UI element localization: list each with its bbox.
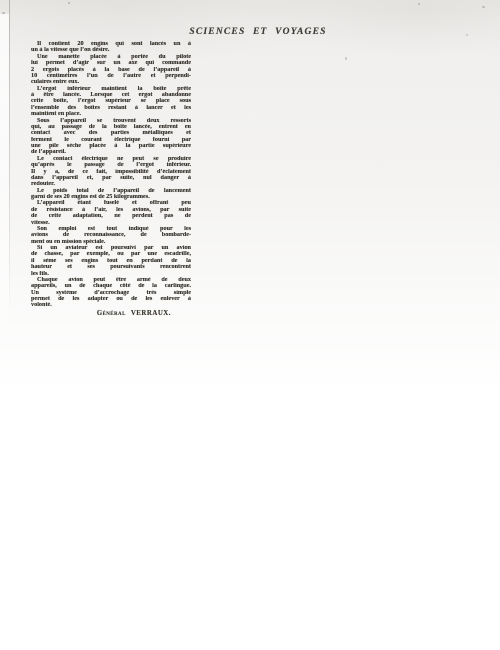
paragraph: L’appareil étant fuselé et offrant peude… bbox=[31, 200, 191, 226]
scanned-page: SCIENCES ET VOYAGES Il contient 20 engin… bbox=[0, 0, 500, 650]
paragraph: Le contact électrique ne peut se produir… bbox=[31, 156, 191, 188]
paper-speck bbox=[68, 2, 70, 4]
scan-margin bbox=[0, 14, 9, 344]
article-body: Il contient 20 engins qui sont lancés un… bbox=[31, 41, 191, 309]
signature-name: VERRAUX. bbox=[131, 310, 171, 317]
text-line: hauteur et ses poursuivants rencontrent bbox=[31, 264, 191, 270]
page-header: SCIENCES ET VOYAGES bbox=[168, 26, 348, 38]
article-column: Il contient 20 engins qui sont lancés un… bbox=[31, 41, 191, 317]
article-signature: GénéralVERRAUX. bbox=[31, 311, 191, 317]
paper-speck bbox=[2, 12, 5, 14]
paragraph: Il contient 20 engins qui sont lancés un… bbox=[31, 41, 191, 54]
text-line: volonté. bbox=[31, 302, 191, 308]
page-edge-shadow bbox=[9, 0, 10, 315]
text-line: de cette adaptation, ne perdent pas de bbox=[31, 213, 191, 219]
signature-rank: Général bbox=[97, 310, 126, 317]
paragraph: L’ergot inférieur maintient la boîte prê… bbox=[31, 86, 191, 118]
paper-speck bbox=[418, 3, 420, 5]
paragraph: Si un aviateur est poursuivi par un avio… bbox=[31, 245, 191, 277]
paragraph: Une manette placée à portée du pilotelui… bbox=[31, 54, 191, 86]
paragraph: Le poids total de l’appareil de lancemen… bbox=[31, 188, 191, 201]
text-line: dans l’appareil et, par suite, nul dange… bbox=[31, 175, 191, 181]
paragraph: Chaque avion peut être armé de deuxappar… bbox=[31, 277, 191, 309]
paragraph: Sous l’appareil se trouvent deux ressort… bbox=[31, 118, 191, 156]
paper-speck bbox=[482, 6, 485, 8]
paragraph: Son emploi est tout indiqué pour lesavio… bbox=[31, 226, 191, 245]
paper-speck bbox=[466, 34, 468, 36]
paper-speck bbox=[345, 57, 347, 60]
text-line: permet de les adapter ou de les enlever … bbox=[31, 296, 191, 302]
